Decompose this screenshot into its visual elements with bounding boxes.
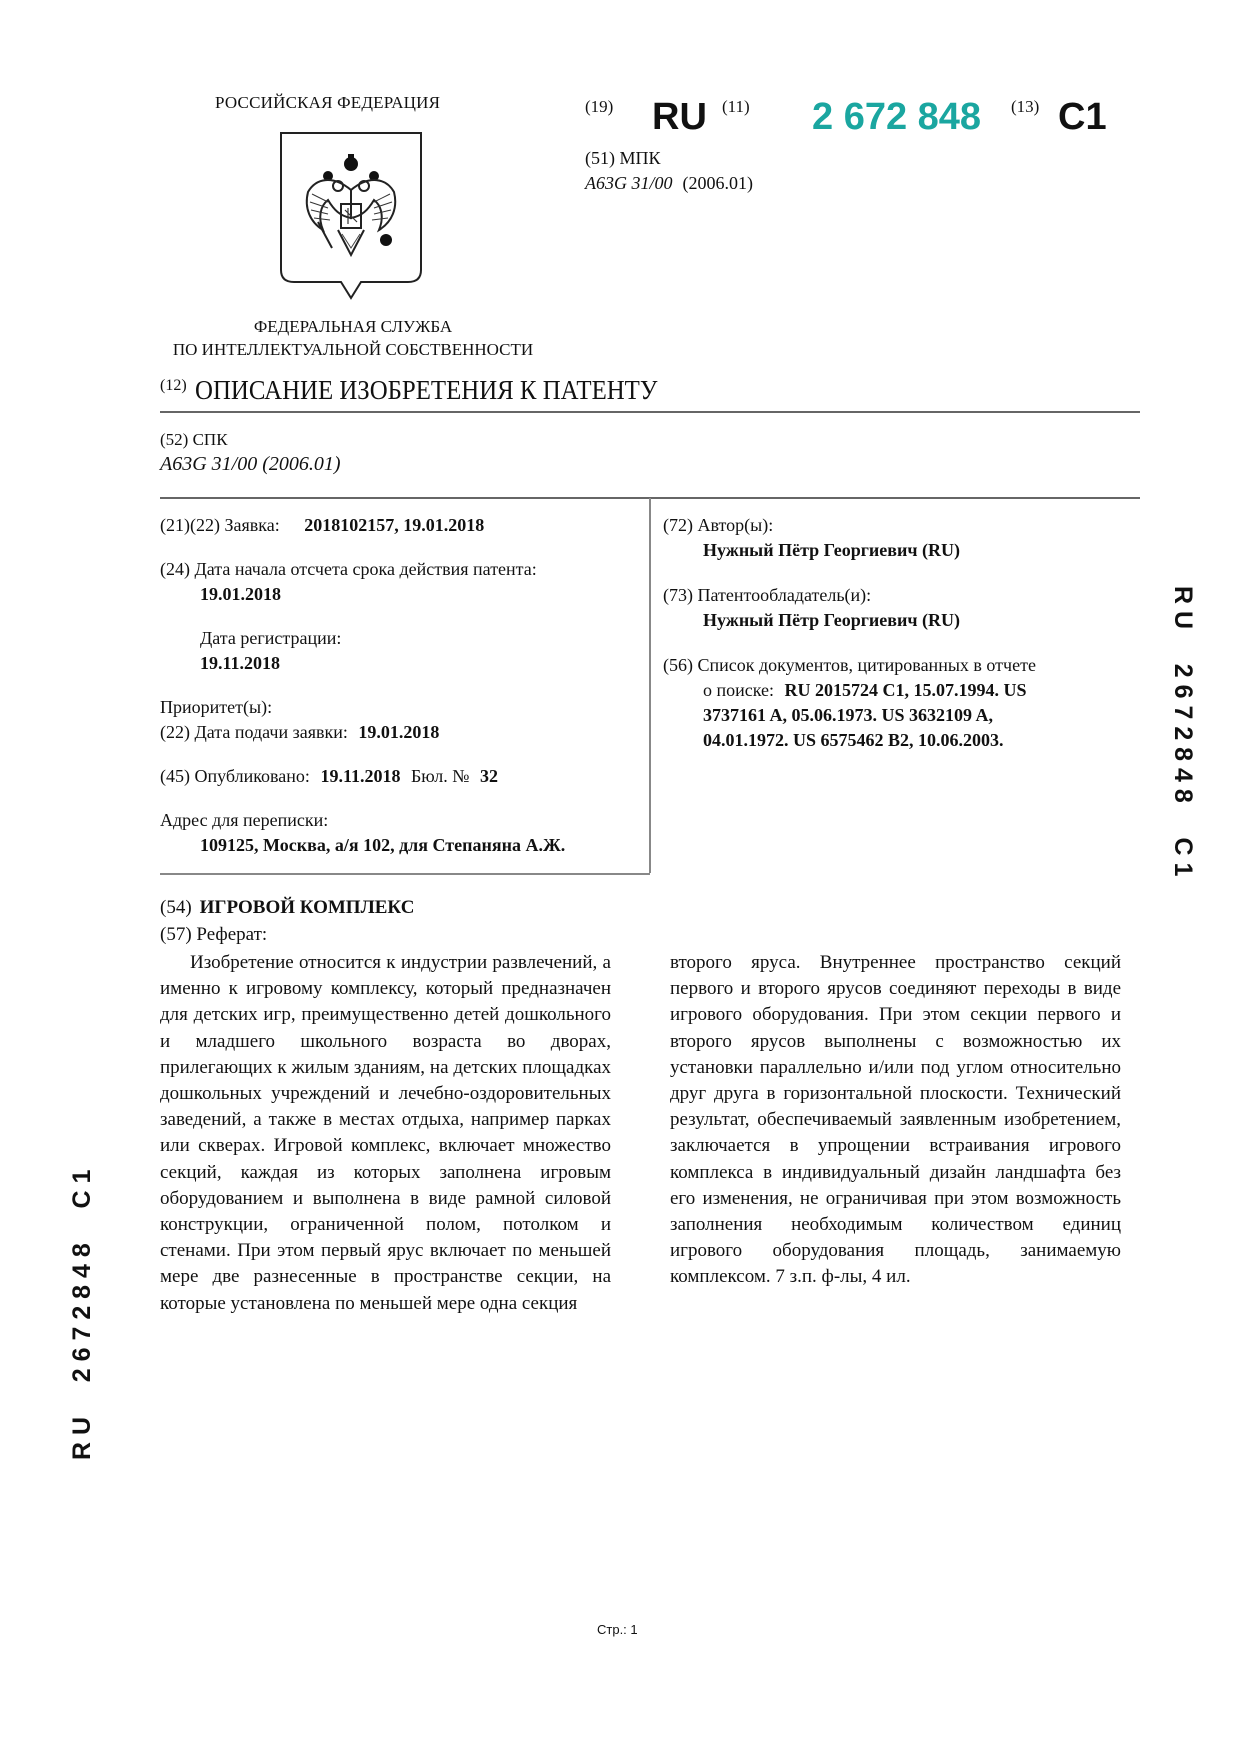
term-start-label: (24) Дата начала отсчета срока действия … xyxy=(160,557,537,582)
spk-value: A63G 31/00 (2006.01) xyxy=(160,453,341,476)
divider xyxy=(160,411,1140,413)
citation-2: 3737161 A, 05.06.1973. US 3632109 A, xyxy=(703,705,993,725)
citations-prefix: о поиске: xyxy=(703,680,774,700)
spk-label: (52) СПК xyxy=(160,430,228,450)
citations-line3: 04.01.1972. US 6575462 B2, 10.06.2003. xyxy=(663,728,1004,753)
registration-value: 19.11.2018 xyxy=(160,651,280,676)
citations-line2: 3737161 A, 05.06.1973. US 3632109 A, xyxy=(663,703,993,728)
bulletin-value: 32 xyxy=(480,766,498,786)
address-label: Адрес для переписки: xyxy=(160,808,328,833)
abstract-column-1: Изобретение относится к индустрии развле… xyxy=(160,950,611,1317)
abstract-column-2: второго яруса. Внутреннее пространство с… xyxy=(670,950,1121,1291)
priority-label: Приоритет(ы): xyxy=(160,695,272,720)
published-field: (45) Опубликовано: 19.11.2018 Бюл. № 32 xyxy=(160,764,498,789)
owners-label: (73) Патентообладатель(и): xyxy=(663,583,871,608)
author-name: Нужный Пётр Георгиевич (RU) xyxy=(703,540,960,560)
country-code: RU xyxy=(652,96,707,139)
side-stamp-left: R U 2 6 7 2 8 4 8 C 1 xyxy=(68,1170,97,1460)
application-label: (21)(22) Заявка: xyxy=(160,515,280,535)
coat-of-arms-icon xyxy=(278,130,424,302)
agency-name-line2: ПО ИНТЕЛЛЕКТУАЛЬНОЙ СОБСТВЕННОСТИ xyxy=(133,340,573,360)
column-divider xyxy=(649,498,651,873)
invention-title: (54)ИГРОВОЙ КОМПЛЕКС xyxy=(160,897,414,919)
filing-field: (22) Дата подачи заявки: 19.01.2018 xyxy=(160,720,439,745)
side-stamp-right: R U 2 6 7 2 8 4 8 C 1 xyxy=(1168,586,1197,876)
page-number: Стр.: 1 xyxy=(597,1622,638,1637)
invention-title-code: (54) xyxy=(160,897,192,918)
address-text: 109125, Москва, а/я 102, для Степаняна А… xyxy=(200,835,565,855)
term-start-value: 19.01.2018 xyxy=(160,582,281,607)
bulletin-label: Бюл. № xyxy=(411,766,470,786)
divider xyxy=(160,873,650,875)
mpk-class: A63G 31/00 xyxy=(585,173,673,193)
mpk-label: (51) МПК xyxy=(585,148,661,169)
authors-value: Нужный Пётр Георгиевич (RU) xyxy=(663,538,960,563)
owner-name: Нужный Пётр Георгиевич (RU) xyxy=(703,610,960,630)
term-start-date: 19.01.2018 xyxy=(200,584,281,604)
registration-date: 19.11.2018 xyxy=(200,653,280,673)
authors-label: (72) Автор(ы): xyxy=(663,513,773,538)
filing-value: 19.01.2018 xyxy=(358,722,439,742)
application-field: (21)(22) Заявка: 2018102157, 19.01.2018 xyxy=(160,513,484,538)
agency-name-line1: ФЕДЕРАЛЬНАЯ СЛУЖБА xyxy=(133,317,573,337)
abstract-label: (57) Реферат: xyxy=(160,924,267,946)
abstract-text-2: второго яруса. Внутреннее пространство с… xyxy=(670,950,1121,1291)
patent-number: 2 672 848 xyxy=(812,96,981,139)
address-value: 109125, Москва, а/я 102, для Степаняна А… xyxy=(160,833,565,858)
title-code: (12) xyxy=(160,377,187,394)
country-name: РОССИЙСКАЯ ФЕДЕРАЦИЯ xyxy=(215,93,440,113)
registration-label: Дата регистрации: xyxy=(160,626,341,651)
published-value: 19.11.2018 xyxy=(320,766,400,786)
citation-3: 04.01.1972. US 6575462 B2, 10.06.2003. xyxy=(703,730,1004,750)
kind-code: C1 xyxy=(1058,96,1107,139)
filing-label: (22) Дата подачи заявки: xyxy=(160,722,348,742)
mpk-value: A63G 31/00(2006.01) xyxy=(585,173,753,194)
invention-title-text: ИГРОВОЙ КОМПЛЕКС xyxy=(200,897,415,918)
title-text: ОПИСАНИЕ ИЗОБРЕТЕНИЯ К ПАТЕНТУ xyxy=(195,375,657,406)
inid-code-11: (11) xyxy=(722,97,750,117)
citation-1: RU 2015724 C1, 15.07.1994. US xyxy=(785,680,1027,700)
application-value: 2018102157, 19.01.2018 xyxy=(304,515,484,535)
published-label: (45) Опубликовано: xyxy=(160,766,310,786)
inid-code-13: (13) xyxy=(1011,97,1039,117)
owners-value: Нужный Пётр Георгиевич (RU) xyxy=(663,608,960,633)
citations-line1: о поиске: RU 2015724 C1, 15.07.1994. US xyxy=(663,678,1027,703)
inid-code-19: (19) xyxy=(585,97,613,117)
citations-label: (56) Список документов, цитированных в о… xyxy=(663,653,1036,678)
abstract-text-1: Изобретение относится к индустрии развле… xyxy=(160,950,611,1317)
mpk-version: (2006.01) xyxy=(683,173,754,193)
document-title: (12) ОПИСАНИЕ ИЗОБРЕТЕНИЯ К ПАТЕНТУ xyxy=(160,375,697,406)
